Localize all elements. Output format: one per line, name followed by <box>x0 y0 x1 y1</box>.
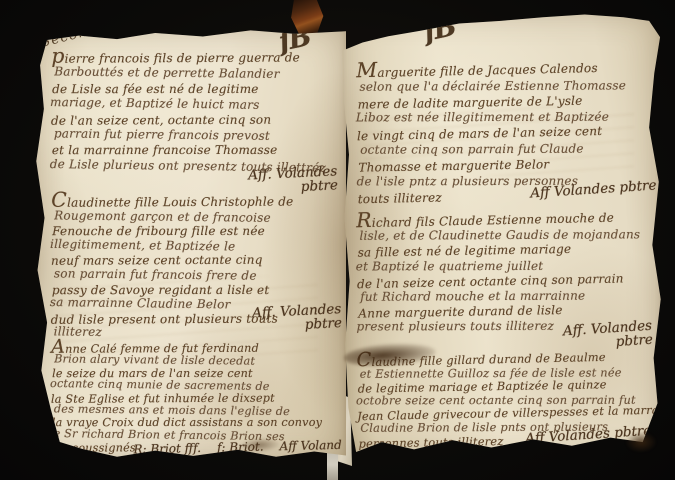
signature-line: Aff Voland <box>279 437 341 452</box>
right-entry-3: Claudine fille gillard durand de Beaulme… <box>355 348 658 449</box>
left-entry-1: pierre francois fils de pierre guerra de… <box>50 47 345 200</box>
manuscript-line: Claudinette fille Louis Christophle de <box>51 191 345 210</box>
left-page: Second ſB pierre francois fils de pierre… <box>28 26 346 462</box>
left-entry-2: Claudinette fille Louis Christophle deRo… <box>50 191 345 337</box>
right-entry-2: Richard fils Claude Estienne mouche deli… <box>355 208 659 357</box>
notary-monogram-right: ſB <box>421 11 457 48</box>
right-page: Pier ſB Marguerite fille de Jacques Cale… <box>340 10 662 462</box>
left-entry-3: Anne Calé femme de fut ferdinandBrion al… <box>50 339 344 455</box>
right-entry-1: Marguerite fille de Jacques Calendosselo… <box>355 58 659 204</box>
folio-label-right: Pier <box>347 24 382 44</box>
signature-line: f: Briot. <box>217 439 264 454</box>
manuscript-line: son parrain fut francois frere de <box>54 266 348 284</box>
photo-backdrop: Second ſB pierre francois fils de pierre… <box>0 0 675 480</box>
signature-line: R: Briot fff. <box>133 441 201 456</box>
folio-label-left: Second <box>39 21 99 51</box>
manuscript-line: Barbouttés et de perrette Balandier <box>54 65 348 84</box>
